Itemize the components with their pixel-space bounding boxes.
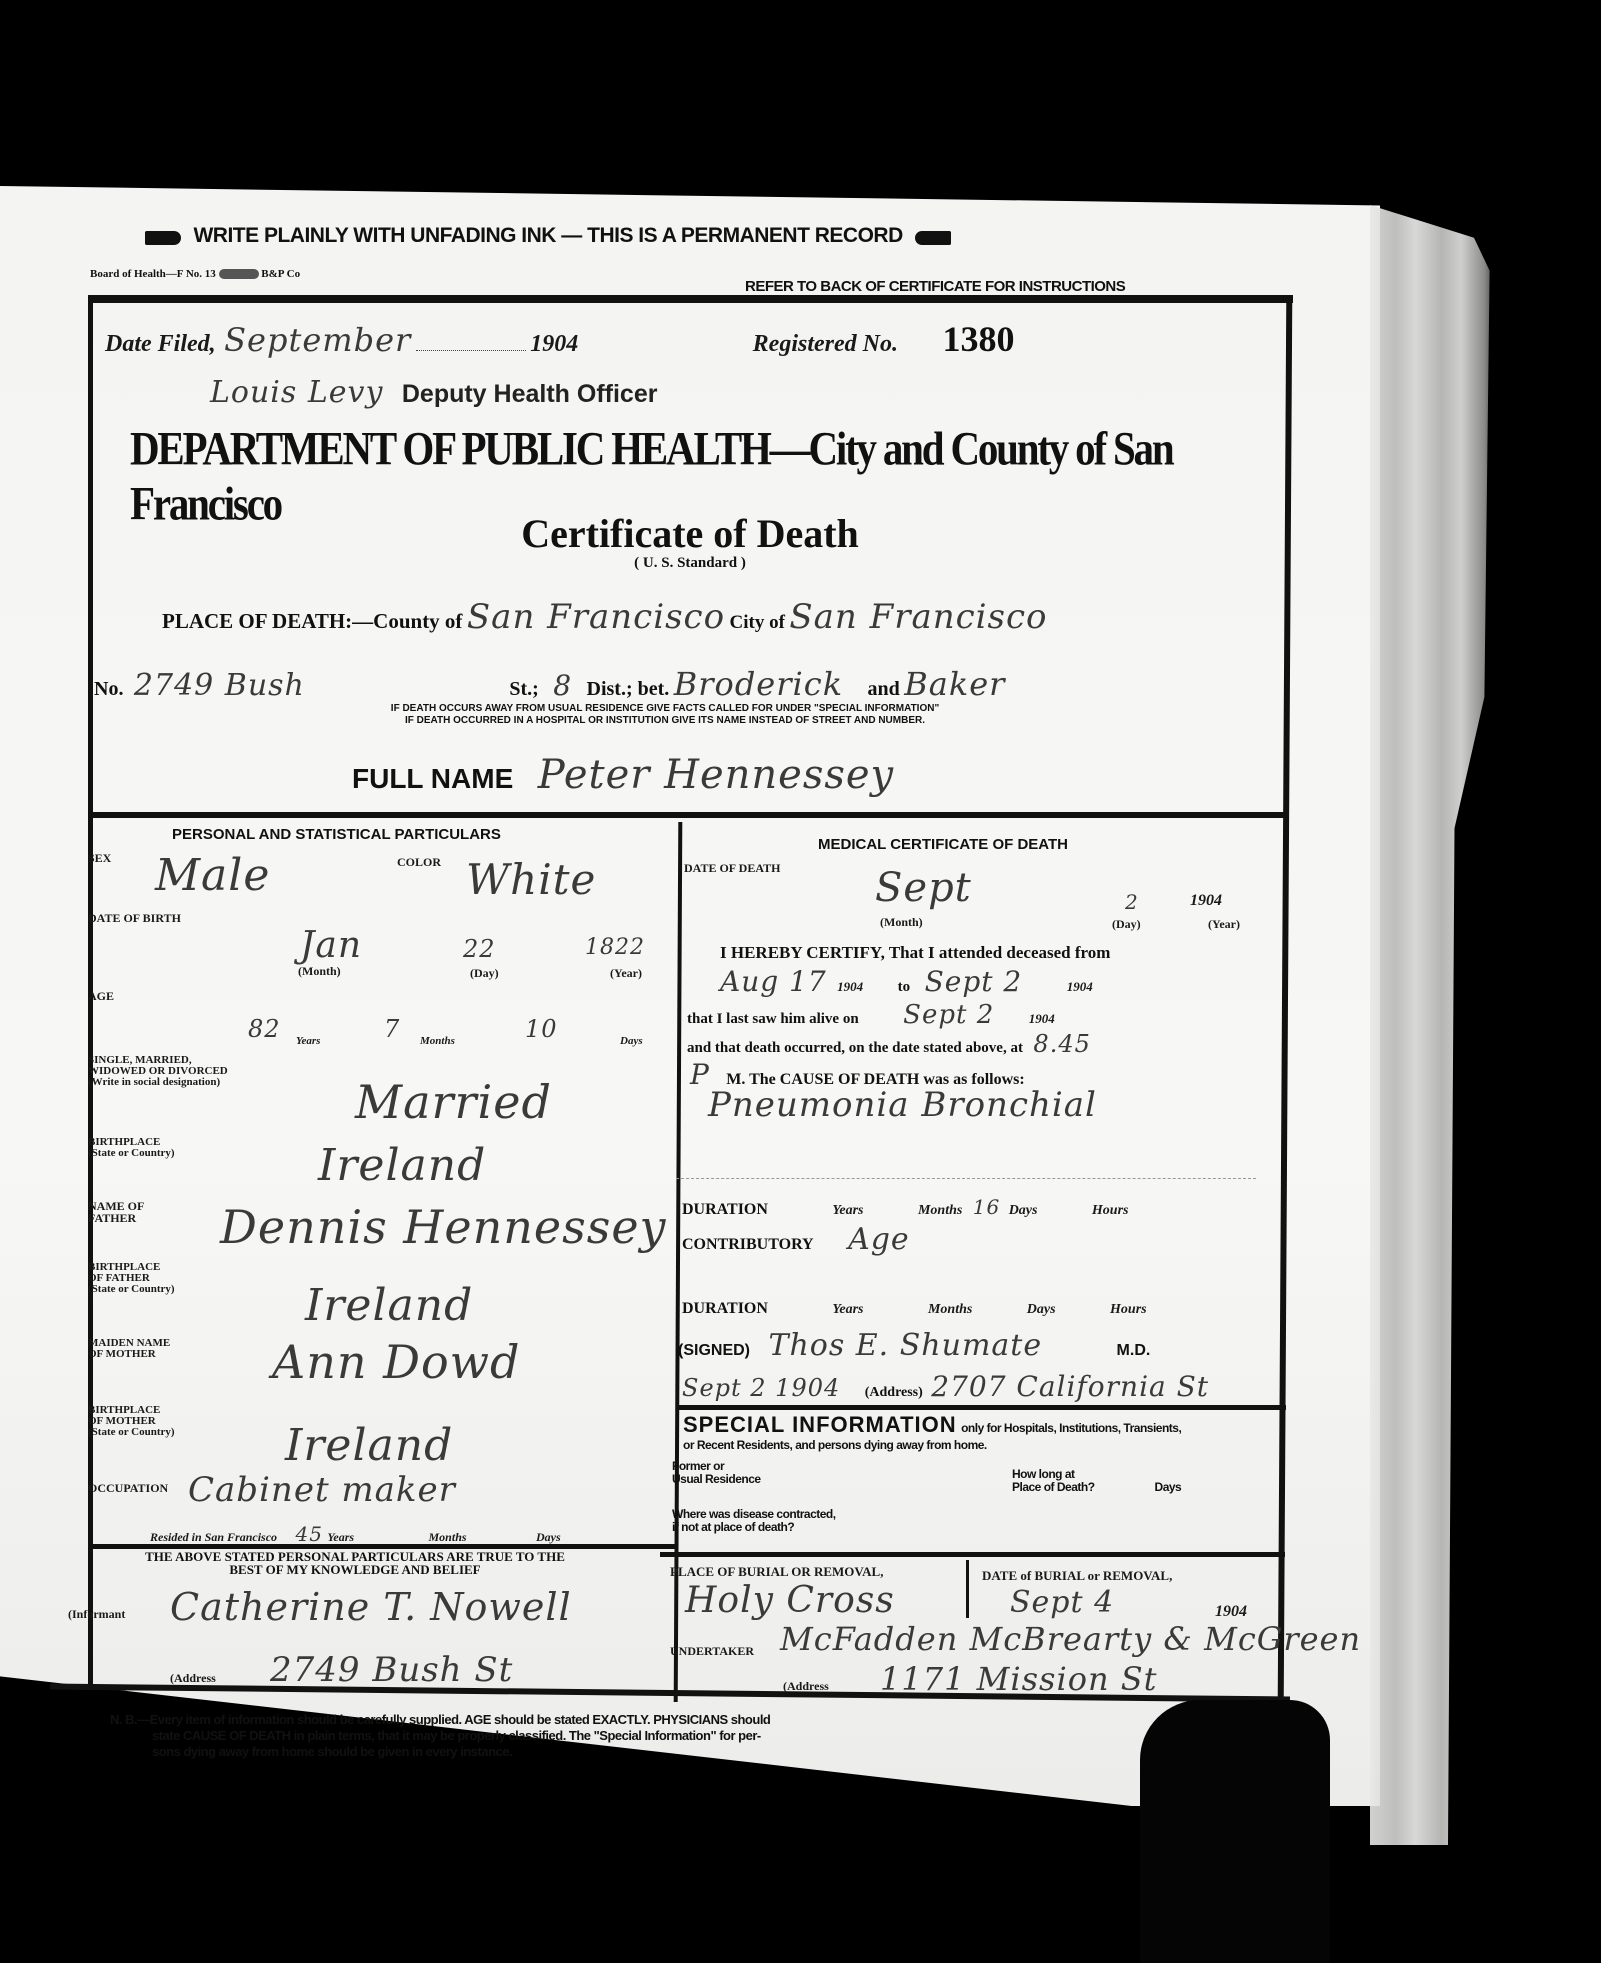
years-label: Years [832,1203,863,1218]
undertaker-label: UNDERTAKER [670,1645,754,1657]
days-label-2: Days [1027,1302,1056,1317]
days-label: Days [1009,1203,1038,1218]
refer-note: REFER TO BACK OF CERTIFICATE FOR INSTRUC… [745,278,1125,295]
last-saw-value: Sept 2 [903,1000,994,1030]
street-value: 2749 Bush [134,668,305,703]
mother-label: MAIDEN NAME OF MOTHER [88,1338,170,1360]
signed-date: Sept 2 1904 [682,1374,840,1402]
last-saw-year: 1904 [1029,1011,1055,1026]
dod-month-caption: (Month) [880,916,923,928]
officer-title: Deputy Health Officer [402,380,658,408]
pointing-hand-icon [915,231,951,245]
undertaker-value: McFadden McBrearty & McGreen [780,1620,1361,1658]
full-name-value: Peter Hennessey [538,752,894,798]
occupation-value: Cabinet maker [188,1470,456,1510]
birthplace-label-2: (State or Country) [88,1148,175,1159]
date-filed-month: September [224,321,411,359]
year-caption: (Year) [610,967,642,979]
filing-row: Date Filed, September 1904 Registered No… [105,318,1285,360]
burial-divider [660,1552,1285,1557]
mother-birthplace-label: BIRTHPLACE OF MOTHER (State or Country) [88,1405,175,1438]
mother-birthplace-value: Ireland [285,1420,453,1471]
st-label: St.; [509,678,538,700]
printer-name: B&P Co [261,268,300,280]
marital-label: SINGLE, MARRIED, WIDOWED OR DIVORCED (Wr… [88,1055,228,1088]
age-days-label: Days [620,1035,643,1047]
footer-note-line-3: sons dying away from home should be give… [110,1744,1170,1760]
dob-year: 1822 [585,935,645,960]
how-long-days-label: Days [1155,1480,1182,1494]
resided-years: 45 [295,1522,322,1546]
officer-signature: Louis Levy [210,375,383,410]
color-label: COLOR [397,856,441,868]
color-value: White [466,855,596,904]
between-street-1: Broderick [674,665,843,703]
physician-address-row: Sept 2 1904 (Address) 2707 California St [682,1370,1209,1403]
resided-label: Resided in San Francisco [150,1530,277,1544]
dod-day-caption: (Day) [1112,918,1141,930]
dod-day: 2 [1125,890,1139,914]
district-value: 8 [553,669,572,702]
occupation-label: OCCUPATION [88,1482,168,1494]
banner-text: WRITE PLAINLY WITH UNFADING INK — THIS I… [193,224,902,247]
birthplace-label: BIRTHPLACE (State or Country) [88,1137,175,1159]
officer-row: Louis Levy Deputy Health Officer [210,375,657,410]
to-label: to [898,979,911,995]
section-divider [88,812,1288,818]
how-long-label: How long at Place of Death?Days [1012,1468,1181,1494]
months-label: Months [918,1203,962,1218]
registered-number: 1380 [942,319,1014,359]
informant-statement: THE ABOVE STATED PERSONAL PARTICULARS AR… [70,1550,640,1576]
hours-label-2: Hours [1110,1302,1147,1317]
hours-label: Hours [1092,1203,1129,1218]
attended-from-year: 1904 [837,979,863,994]
contracted-label-2: if not at place of death? [672,1521,836,1534]
resided-row: Resided in San Francisco 45 Years Months… [150,1522,561,1546]
death-time-value: 8.45 [1033,1030,1090,1058]
mother-label-2: OF MOTHER [88,1349,170,1360]
month-caption: (Month) [298,965,341,977]
dod-year-caption: (Year) [1208,918,1240,930]
dod-label: DATE OF DEATH [684,862,780,874]
attended-to-year: 1904 [1067,979,1093,994]
special-subtitle-1: only for Hospitals, Institutions, Transi… [961,1421,1181,1435]
contracted-label: Where was disease contracted, if not at … [672,1508,836,1534]
sex-value: Male [155,850,270,901]
signed-row: (SIGNED) Thos E. Shumate M.D. [678,1328,1150,1363]
and-label: and [868,678,900,700]
age-label: AGE [88,990,114,1002]
union-label-icon [219,269,259,279]
place-of-death-row: PLACE OF DEATH:—County of San Francisco … [162,597,1282,637]
attended-to: Sept 2 [925,965,1023,998]
father-birthplace-value: Ireland [305,1280,473,1331]
between-street-2: Baker [904,665,1005,703]
thumb-shadow [1140,1700,1330,1963]
undertaker-address-label: (Address [783,1680,829,1692]
marital-label-3: (Write in social designation) [88,1077,228,1088]
resided-days-label: Days [536,1530,561,1544]
duration-label: DURATION [682,1201,768,1218]
form-id: Board of Health—F No. 13 B&P Co [90,268,300,280]
dob-month: Jan [300,925,362,966]
informant-label: (Informant [68,1608,125,1620]
duration-days: 16 [973,1195,1000,1219]
medical-heading: MEDICAL CERTIFICATE OF DEATH [818,836,1068,853]
pointing-hand-icon [145,231,181,245]
county-value: San Francisco [467,597,725,637]
footer-note-line-1: N. B.—Every item of information should b… [110,1712,1170,1728]
header-banner: WRITE PLAINLY WITH UNFADING INK — THIS I… [145,224,1245,248]
burial-place-label: PLACE OF BURIAL OR REMOVAL, [670,1566,883,1578]
last-saw-row: that I last saw him alive on Sept 2 1904 [687,1000,1055,1030]
top-border [88,295,1293,303]
age-days: 10 [525,1015,558,1043]
father-value: Dennis Hennessey [220,1200,667,1254]
birthplace-value: Ireland [318,1140,486,1191]
place-of-death-label: PLACE OF DEATH:—County of [162,609,462,633]
duration-row-2: DURATION Years Months Days Hours [682,1300,1147,1318]
contributory-row: CONTRIBUTORY Age [682,1222,910,1257]
personal-heading: PERSONAL AND STATISTICAL PARTICULARS [172,826,501,843]
death-time-row: and that death occurred, on the date sta… [687,1030,1091,1058]
dob-day: 22 [463,935,496,963]
burial-column-divider [966,1560,969,1618]
duration-row-1: DURATION Years Months 16 Days Hours [682,1195,1129,1219]
md-label: M.D. [1117,1342,1151,1359]
form-number: Board of Health—F No. 13 [90,268,216,280]
burial-year: 1904 [1215,1603,1247,1621]
special-heading: SPECIAL INFORMATION [683,1412,957,1437]
special-subtitle-2: or Recent Residents, and persons dying a… [683,1438,1283,1452]
duration-2-label: DURATION [682,1300,768,1317]
dod-year: 1904 [1190,892,1222,910]
city-value: San Francisco [789,597,1047,637]
registered-label: Registered No. [753,331,898,357]
footer-note-line-2: state CAUSE OF DEATH in plain terms, tha… [110,1728,1170,1744]
age-years-label: Years [296,1035,320,1047]
place-note-line-2: IF DEATH OCCURRED IN A HOSPITAL OR INSTI… [240,715,1090,727]
father-label-2: FATHER [88,1212,144,1224]
age-years: 82 [248,1015,281,1043]
address-row: No. 2749 Bush St.; 8 Dist.; bet. Broderi… [94,665,1274,703]
place-note: IF DEATH OCCURS AWAY FROM USUAL RESIDENC… [240,703,1090,727]
informant-name: Catherine T. Nowell [170,1585,572,1629]
years-label-2: Years [832,1302,863,1317]
father-bp-label-3: (State or Country) [88,1284,175,1295]
informant-statement-2: BEST OF MY KNOWLEDGE AND BELIEF [70,1563,640,1576]
book-page-edges [1370,205,1500,1845]
fill-line [676,1178,1256,1179]
resided-years-label: Years [327,1530,354,1544]
street-no-label: No. [94,678,123,700]
certify-text: I HEREBY CERTIFY, That I attended deceas… [720,943,1110,963]
attended-from: Aug 17 [720,965,827,998]
certificate-title: Certificate of Death [0,510,1380,557]
months-label-2: Months [928,1302,972,1317]
informant-address: 2749 Bush St [270,1650,513,1690]
informant-address-label: (Address [170,1672,216,1684]
dob-label: DATE OF BIRTH [88,912,181,924]
burial-date-label: DATE of BURIAL or REMOVAL, [982,1570,1172,1582]
cause-value: Pneumonia Bronchial [708,1085,1097,1125]
physician-address: 2707 California St [931,1370,1209,1403]
contributory-label: CONTRIBUTORY [682,1236,814,1253]
how-long-label-2: Place of Death? [1012,1480,1095,1494]
us-standard: ( U. S. Standard ) [0,555,1380,572]
burial-place-value: Holy Cross [685,1580,895,1621]
mother-bp-label-3: (State or Country) [88,1427,175,1438]
special-divider [676,1405,1286,1410]
full-name-label: FULL NAME [352,763,513,794]
death-time-label: and that death occurred, on the date sta… [687,1040,1023,1056]
dist-label: Dist.; bet. [587,678,670,700]
father-birthplace-label: BIRTHPLACE OF FATHER (State or Country) [88,1262,175,1295]
physician-address-label: (Address) [865,1385,923,1400]
footer-note: N. B.—Every item of information should b… [110,1712,1170,1760]
former-residence-label: Former or Usual Residence [672,1460,761,1486]
burial-date-value: Sept 4 [1010,1585,1114,1620]
date-filed-label: Date Filed, [105,331,216,357]
age-months: 7 [384,1015,400,1043]
place-note-line-1: IF DEATH OCCURS AWAY FROM USUAL RESIDENC… [240,703,1090,715]
age-months-label: Months [420,1035,455,1047]
father-label: NAME OF FATHER [88,1200,144,1224]
city-label: City of [730,612,785,633]
special-heading-row: SPECIAL INFORMATION only for Hospitals, … [683,1412,1283,1452]
marital-value: Married [355,1075,552,1129]
contributory-value: Age [848,1222,910,1257]
dod-month: Sept [875,865,972,911]
former-label-2: Usual Residence [672,1473,761,1486]
last-saw-label: that I last saw him alive on [687,1011,859,1027]
attended-row: Aug 17 1904 to Sept 2 1904 [720,965,1093,998]
fill-line [416,350,526,351]
date-filed-year: 1904 [530,331,578,357]
physician-signature: Thos E. Shumate [768,1328,1042,1363]
meridiem-value: P [690,1058,710,1091]
mother-value: Ann Dowd [272,1335,521,1389]
resided-months-label: Months [429,1530,467,1544]
full-name-row: FULL NAME Peter Hennessey [352,752,894,798]
signed-label: (SIGNED) [678,1342,750,1359]
day-caption: (Day) [470,967,499,979]
sex-label: SEX [88,852,111,864]
